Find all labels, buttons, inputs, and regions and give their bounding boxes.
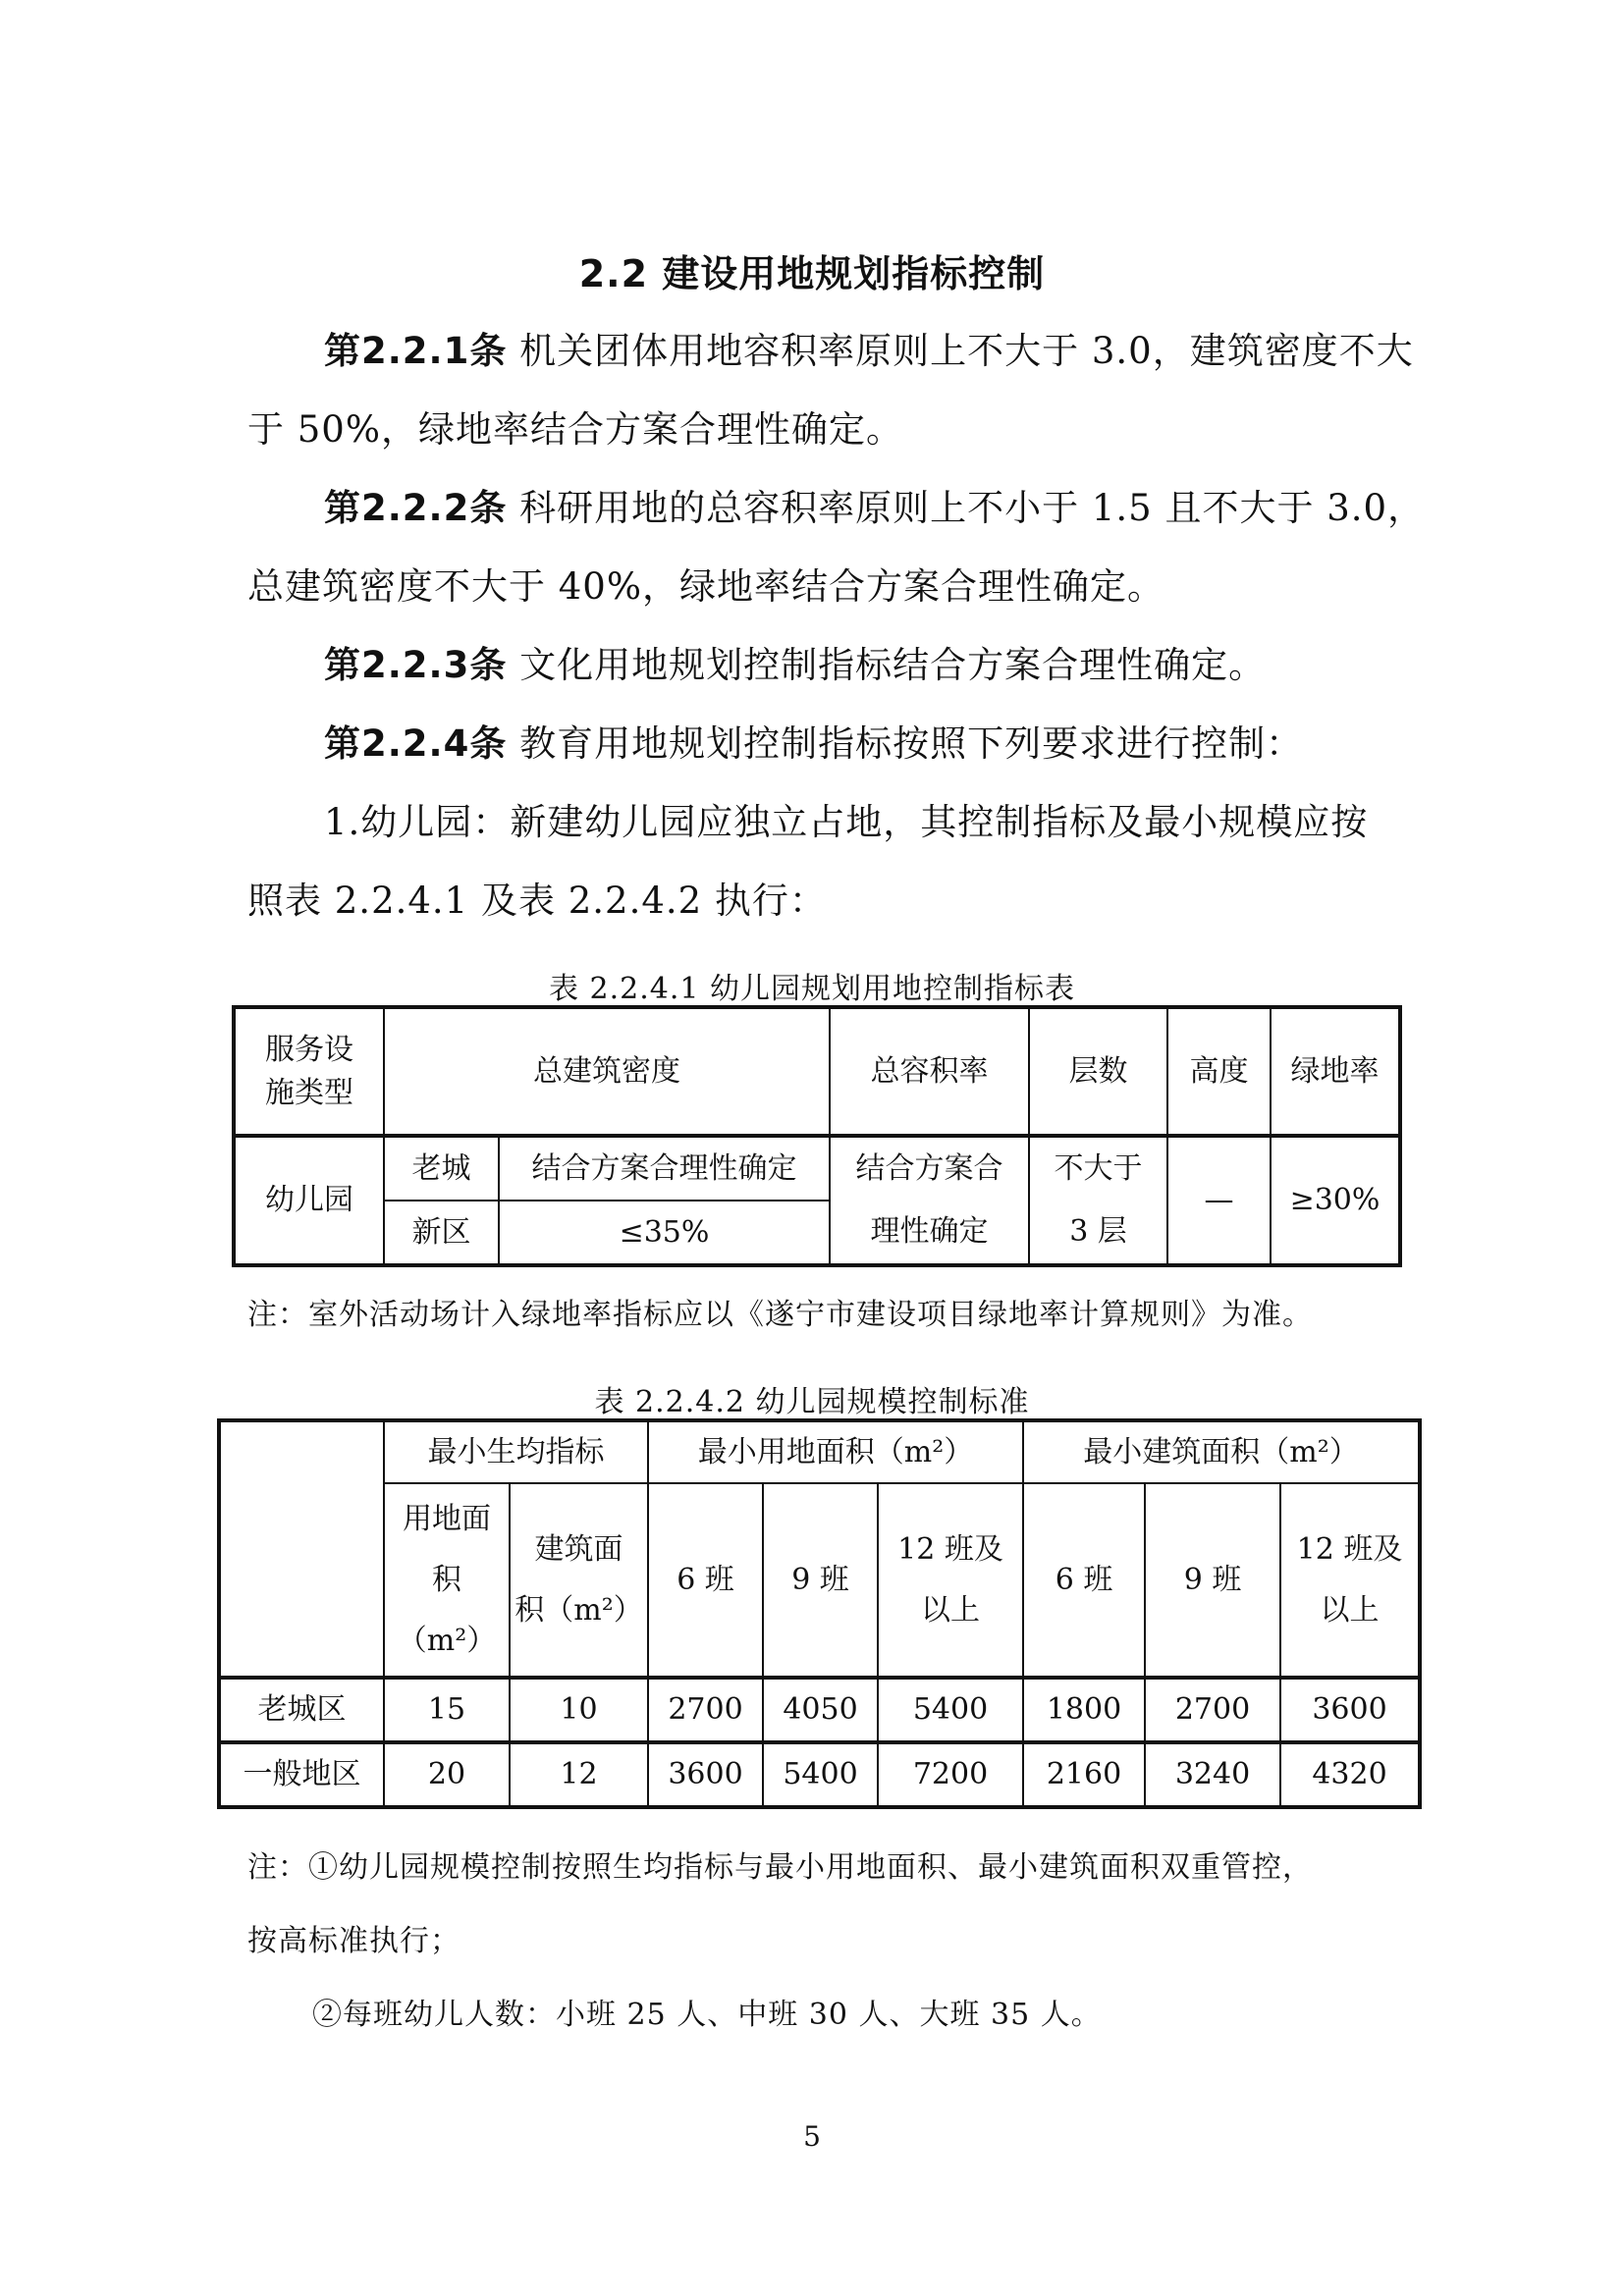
header-facility-type: 服务设 施类型 — [234, 1007, 384, 1136]
header-text: 用地面 — [385, 1489, 509, 1550]
header-building-9-classes: 9 班 — [1145, 1483, 1280, 1678]
cell-value: 3600 — [1280, 1678, 1420, 1742]
cell-facility-type: 幼儿园 — [234, 1136, 384, 1265]
cell-far: 结合方案合 理性确定 — [830, 1136, 1029, 1265]
article-2-2-2-line2: 总建筑密度不大于 40%，绿地率结合方案合理性确定。 — [247, 567, 1396, 607]
article-text: 文化用地规划控制指标结合方案合理性确定。 — [507, 644, 1266, 686]
table-row: 一般地区 20 12 3600 5400 7200 2160 3240 4320 — [219, 1742, 1420, 1807]
header-text: 以上 — [1281, 1580, 1418, 1641]
header-land-9-classes: 9 班 — [763, 1483, 878, 1678]
header-text: 建筑面 — [511, 1520, 647, 1580]
article-number: 第2.2.1条 — [324, 330, 507, 372]
cell-floors: 不大于 3 层 — [1029, 1136, 1167, 1265]
item-1-line1: 1.幼儿园：新建幼儿园应独立占地，其控制指标及最小规模应按 — [324, 803, 1473, 842]
table1-caption: 表 2.2.4.1 幼儿园规划用地控制指标表 — [0, 964, 1624, 1007]
cell-value: 10 — [510, 1678, 648, 1742]
cell-value: 5400 — [878, 1678, 1023, 1742]
cell-value: 15 — [384, 1678, 510, 1742]
table-row: 老城区 15 10 2700 4050 5400 1800 2700 3600 — [219, 1678, 1420, 1742]
article-text: 机关团体用地容积率原则上不大于 3.0，建筑密度不大 — [507, 330, 1413, 372]
header-text: 服务设 — [236, 1029, 383, 1072]
table2-note-1-line1: 注：①幼儿园规模控制按照生均指标与最小用地面积、最小建筑面积双重管控， — [247, 1850, 1313, 1886]
header-land-per-student: 用地面 积 （m²） — [384, 1483, 510, 1678]
cell-new-district-density: ≤35% — [499, 1201, 830, 1265]
header-total-far: 总容积率 — [830, 1007, 1029, 1136]
cell-value: 4320 — [1280, 1742, 1420, 1807]
header-text: （m²） — [385, 1611, 509, 1672]
table1-note: 注：室外活动场计入绿地率指标应以《遂宁市建设项目绿地率计算规则》为准。 — [247, 1298, 1313, 1333]
cell-value: 20 — [384, 1742, 510, 1807]
article-2-2-2-line1: 第2.2.2条 科研用地的总容积率原则上不小于 1.5 且不大于 3.0， — [324, 489, 1473, 528]
cell-text: 理性确定 — [831, 1201, 1028, 1263]
header-green-ratio: 绿地率 — [1271, 1007, 1400, 1136]
header-building-6-classes: 6 班 — [1023, 1483, 1145, 1678]
header-height: 高度 — [1167, 1007, 1271, 1136]
article-2-2-4: 第2.2.4条 教育用地规划控制指标按照下列要求进行控制： — [324, 724, 1473, 764]
article-2-2-3: 第2.2.3条 文化用地规划控制指标结合方案合理性确定。 — [324, 646, 1473, 685]
article-text: 科研用地的总容积率原则上不小于 1.5 且不大于 3.0， — [507, 487, 1425, 529]
article-number: 第2.2.2条 — [324, 487, 507, 529]
header-floors: 层数 — [1029, 1007, 1167, 1136]
cell-value: 12 — [510, 1742, 648, 1807]
article-number: 第2.2.3条 — [324, 644, 507, 686]
header-land-12-classes: 12 班及 以上 — [878, 1483, 1023, 1678]
cell-value: 4050 — [763, 1678, 878, 1742]
header-building-per-student: 建筑面 积（m²） — [510, 1483, 648, 1678]
header-land-6-classes: 6 班 — [648, 1483, 763, 1678]
article-2-2-1-line1: 第2.2.1条 机关团体用地容积率原则上不大于 3.0，建筑密度不大 — [324, 332, 1473, 371]
cell-area: 一般地区 — [219, 1742, 384, 1807]
cell-height: — — [1167, 1136, 1271, 1265]
header-text: 积 — [385, 1550, 509, 1611]
table2-note-1-line2: 按高标准执行； — [247, 1924, 460, 1959]
header-text: 12 班及 — [1281, 1520, 1418, 1580]
page-number: 5 — [0, 2120, 1624, 2153]
header-text: 施类型 — [236, 1072, 383, 1115]
cell-value: 2160 — [1023, 1742, 1145, 1807]
section-title: 2.2 建设用地规划指标控制 — [0, 243, 1624, 297]
cell-value: 2700 — [648, 1678, 763, 1742]
cell-area: 老城区 — [219, 1678, 384, 1742]
kindergarten-land-control-table: 服务设 施类型 总建筑密度 总容积率 层数 高度 绿地率 幼儿园 老城 结合方案… — [232, 1005, 1402, 1267]
header-text: 积（m²） — [511, 1580, 647, 1641]
cell-value: 2700 — [1145, 1678, 1280, 1742]
table2-note-2: ②每班幼儿人数：小班 25 人、中班 30 人、大班 35 人。 — [312, 1998, 1102, 2033]
header-empty — [219, 1420, 384, 1678]
item-1-line2: 照表 2.2.4.1 及表 2.2.4.2 执行： — [247, 881, 1396, 921]
cell-text: 结合方案合 — [831, 1138, 1028, 1201]
cell-value: 3600 — [648, 1742, 763, 1807]
cell-text: 不大于 — [1030, 1138, 1166, 1201]
header-text: 12 班及 — [879, 1520, 1022, 1580]
cell-green-ratio: ≥30% — [1271, 1136, 1400, 1265]
cell-value: 3240 — [1145, 1742, 1280, 1807]
article-number: 第2.2.4条 — [324, 722, 507, 765]
cell-old-city-density: 结合方案合理性确定 — [499, 1136, 830, 1201]
header-min-land-area: 最小用地面积（m²） — [648, 1420, 1023, 1483]
header-building-12-classes: 12 班及 以上 — [1280, 1483, 1420, 1678]
header-text: 以上 — [879, 1580, 1022, 1641]
article-text: 教育用地规划控制指标按照下列要求进行控制： — [507, 722, 1303, 765]
cell-value: 5400 — [763, 1742, 878, 1807]
table2-caption: 表 2.2.4.2 幼儿园规模控制标准 — [0, 1377, 1624, 1420]
cell-value: 1800 — [1023, 1678, 1145, 1742]
cell-text: 3 层 — [1030, 1201, 1166, 1263]
article-2-2-1-line2: 于 50%，绿地率结合方案合理性确定。 — [247, 410, 1396, 450]
cell-new-district-label: 新区 — [384, 1201, 499, 1265]
header-min-building-area: 最小建筑面积（m²） — [1023, 1420, 1420, 1483]
kindergarten-scale-control-table: 最小生均指标 最小用地面积（m²） 最小建筑面积（m²） 用地面 积 （m²） … — [217, 1418, 1422, 1809]
cell-old-city-label: 老城 — [384, 1136, 499, 1201]
cell-value: 7200 — [878, 1742, 1023, 1807]
header-total-building-density: 总建筑密度 — [384, 1007, 830, 1136]
header-min-per-student: 最小生均指标 — [384, 1420, 648, 1483]
